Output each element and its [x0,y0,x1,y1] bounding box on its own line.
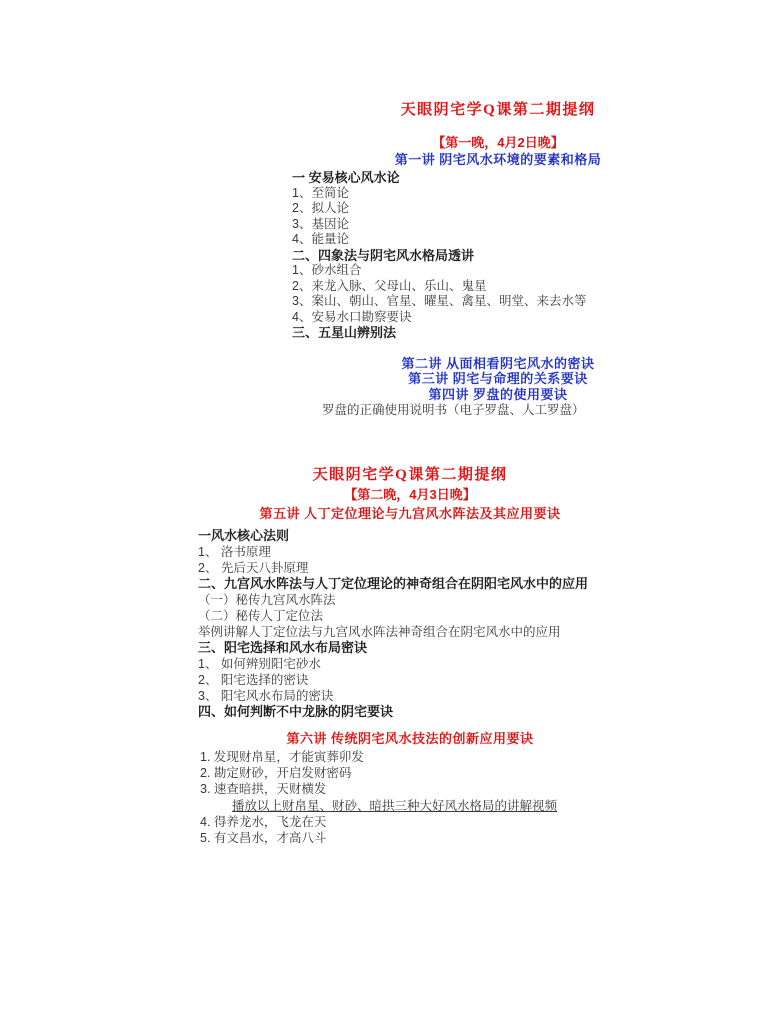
outline-line: 4、安易水口勘察要诀 [292,310,710,326]
item-line: 3. 速查暗拱，天财横发 [200,781,622,797]
outline-line: 3、案山、朝山、官星、曜星、禽星、明堂、来去水等 [292,294,710,310]
outline-line: 一 安易核心风水论 [292,170,710,186]
lecture-5-heading: 第五讲 人丁定位理论与九宫风水阵法及其应用要诀 [198,506,622,521]
compass-note: 罗盘的正确使用说明书（电子罗盘、人工罗盘） [286,403,710,418]
outline-line: 3、 阳宅风水布局的密诀 [198,688,622,704]
outline-line: 2、来龙入脉、父母山、乐山、鬼星 [292,279,710,295]
outline-line: 二、九宫风水阵法与人丁定位理论的神奇组合在阴阳宅风水中的应用 [198,576,622,592]
outline-line: 2、 阳宅选择的密诀 [198,672,622,688]
outline-line: 1、至简论 [292,186,710,202]
item-line: 4. 得养龙水，飞龙在天 [200,814,622,830]
outline-line: 1、 如何辨别阳宅砂水 [198,656,622,672]
outline-line: 四、如何判断不中龙脉的阴宅要诀 [198,704,622,720]
outline-line: 2、拟人论 [292,201,710,217]
lecture-1-heading: 第一讲 阴宅风水环境的要素和格局 [286,152,710,167]
document-title: 天眼阴宅学Q课第二期提纲 [198,466,622,484]
item-line: 播放以上财帛星、财砂、暗拱三种大好风水格局的讲解视频 [200,798,622,814]
session-line: 【第二晚，4月3日晚】 [198,487,622,502]
page-1: 天眼阴宅学Q课第二期提纲 【第一晚，4月2日晚】 第一讲 阴宅风水环境的要素和格… [286,101,710,418]
outline-line: 1、 洛书原理 [198,544,622,560]
lecture-6-items: 1. 发现财帛星，才能寅葬卯发2. 勘定财砂，开启发财密码3. 速查暗拱，天财横… [198,749,622,846]
outline-line: 一风水核心法则 [198,528,622,544]
lecture-heading-line: 第四讲 罗盘的使用要诀 [286,387,710,403]
outline-list: 一 安易核心风水论1、至简论2、拟人论3、基因论4、能量论二、四象法与阴宅风水格… [286,170,710,341]
outline-line: 4、能量论 [292,232,710,248]
outline-list: 一风水核心法则1、 洛书原理2、 先后天八卦原理二、九宫风水阵法与人丁定位理论的… [198,528,622,720]
lecture-heading-line: 第二讲 从面相看阴宅风水的密诀 [286,356,710,372]
outline-line: 2、 先后天八卦原理 [198,560,622,576]
outline-line: 三、五星山辨别法 [292,325,710,341]
outline-line: 1、砂水组合 [292,263,710,279]
page-2: 天眼阴宅学Q课第二期提纲 【第二晚，4月3日晚】 第五讲 人丁定位理论与九宫风水… [198,466,622,846]
item-line: 5. 有文昌水，才高八斗 [200,830,622,846]
more-lectures-list: 第二讲 从面相看阴宅风水的密诀第三讲 阴宅与命理的关系要诀第四讲 罗盘的使用要诀 [286,356,710,403]
outline-line: 3、基因论 [292,217,710,233]
item-line: 1. 发现财帛星，才能寅葬卯发 [200,749,622,765]
outline-line: （一）秘传九宫风水阵法 [198,592,622,608]
outline-line: 三、阳宅选择和风水布局密诀 [198,640,622,656]
item-line: 2. 勘定财砂，开启发财密码 [200,765,622,781]
lecture-heading-line: 第三讲 阴宅与命理的关系要诀 [286,371,710,387]
document-title: 天眼阴宅学Q课第二期提纲 [286,101,710,119]
outline-line: （二）秘传人丁定位法 [198,608,622,624]
lecture-6-heading: 第六讲 传统阴宅风水技法的创新应用要诀 [198,731,622,746]
session-line: 【第一晚，4月2日晚】 [286,135,710,150]
outline-line: 二、四象法与阴宅风水格局透讲 [292,248,710,264]
outline-line: 举例讲解人丁定位法与九宫风水阵法神奇组合在阴宅风水中的应用 [198,624,622,640]
